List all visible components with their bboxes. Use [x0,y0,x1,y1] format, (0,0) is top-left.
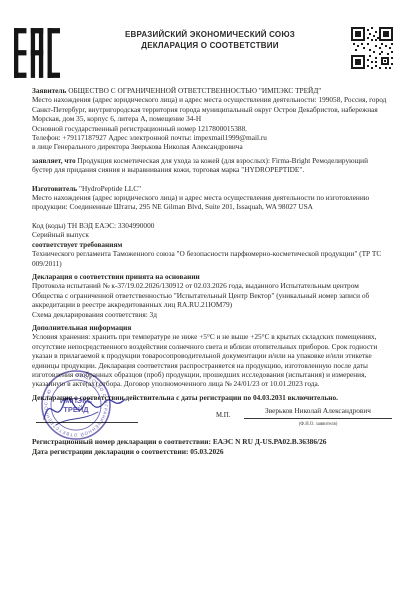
basis-label: Декларация о соответствии принята на осн… [32,272,389,281]
compliance-label: соответствует требованиям [32,240,389,249]
manufacturer-name: "HydroPeptide LLC" [79,184,141,193]
manufacturer-address: Место нахождения (адрес юридического лиц… [32,193,389,212]
additional-info-text: Условия хранения: хранить при температур… [32,332,389,388]
union-name: ЕВРАЗИЙСКИЙ ЭКОНОМИЧЕСКИЙ СОЮЗ [72,29,348,40]
signature-line [36,422,138,423]
document-title: ДЕКЛАРАЦИЯ О СООТВЕТСТВИИ [72,40,348,51]
product-description: Продукция косметическая для ухода за кож… [32,156,368,174]
applicant-address: Место нахождения (адрес юридического лиц… [32,95,389,123]
basis-text: Протокола испытаний № к-37/19.02.2026/13… [32,281,389,309]
additional-info-section: Дополнительная информация Условия хранен… [32,323,389,389]
document-body: Заявитель ОБЩЕСТВО С ОГРАНИЧЕННОЙ ОТВЕТС… [32,86,389,456]
stamp-center-line2: ТРЕЙД [63,405,89,414]
compliance-section: соответствует требованиям Технического р… [32,240,389,268]
document-header: ЕВРАЗИЙСКИЙ ЭКОНОМИЧЕСКИЙ СОЮЗ ДЕКЛАРАЦИ… [72,29,348,51]
manufacturer-label: Изготовитель [32,184,77,193]
release-type: Серийный выпуск [32,230,389,239]
applicant-label: Заявитель [32,86,66,95]
manufacturer-section: Изготовитель "HydroPeptide LLC" Место на… [32,184,389,212]
registration-date: Дата регистрации декларации о соответств… [32,447,389,456]
applicant-contacts: Телефон: +79117187927 Адрес электронной … [32,133,389,142]
registration-number: Регистрационный номер декларации о соотв… [32,437,389,446]
declaration-document: ЕВРАЗИЙСКИЙ ЭКОНОМИЧЕСКИЙ СОЮЗ ДЕКЛАРАЦИ… [0,0,420,594]
applicant-ogrn: Основной государственный регистрационный… [32,124,389,133]
applicant-section: Заявитель ОБЩЕСТВО С ОГРАНИЧЕННОЙ ОТВЕТС… [32,86,389,152]
signer-name: Зверьков Николай Александрович [244,406,392,418]
product-section: заявляет, что Продукция косметическая дл… [32,156,389,175]
validity-statement: Декларация о соответствии действительна … [32,393,389,402]
signature-block: М.П. Зверьков Николай Александрович (Ф.И… [32,405,389,437]
compliance-text: Технического регламента Таможенного союз… [32,249,389,268]
applicant-name: ОБЩЕСТВО С ОГРАНИЧЕННОЙ ОТВЕТСТВЕННОСТЬЮ… [68,86,321,95]
handwritten-signature-icon [44,398,125,425]
eac-mark-icon [14,27,60,79]
stamp-place-label: М.П. [216,411,230,420]
applicant-line: Заявитель ОБЩЕСТВО С ОГРАНИЧЕННОЙ ОТВЕТС… [32,86,389,95]
applicant-representative: в лице Генерального директора Зверькова … [32,142,389,151]
declares-label: заявляет, что [32,156,76,165]
manufacturer-line: Изготовитель "HydroPeptide LLC" [32,184,389,193]
basis-scheme: Схема декларирования соответствия: 3д [32,310,389,319]
signer-caption: (Ф.И.О. заявителя) [244,419,392,429]
tnved-code: Код (коды) ТН ВЭД ЕАЭС: 3304990000 [32,221,389,230]
qr-code-icon [351,27,393,69]
signer-area: Зверьков Николай Александрович (Ф.И.О. з… [244,406,392,429]
additional-info-label: Дополнительная информация [32,323,389,332]
basis-section: Декларация о соответствии принята на осн… [32,272,389,319]
